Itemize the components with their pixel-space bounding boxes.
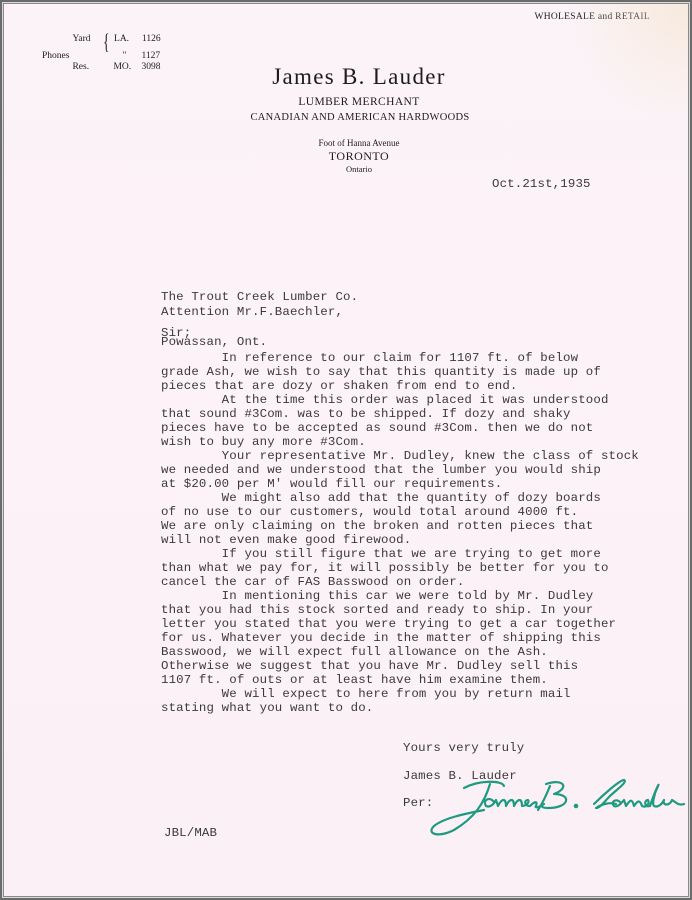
phone-type xyxy=(72,51,104,62)
company-title: LUMBER MERCHANT xyxy=(234,96,484,108)
phones-label: Phones xyxy=(42,51,69,62)
phone-number: 3098 xyxy=(141,62,169,73)
body-line: We will expect to here from you by retur… xyxy=(161,687,639,701)
phone-type: Yard xyxy=(72,34,104,51)
body-line: stating what you want to do. xyxy=(161,701,639,715)
body-line: we needed and we understood that the lum… xyxy=(161,463,639,477)
body-line: We might also add that the quantity of d… xyxy=(161,491,639,505)
letter-date: Oct.21st,1935 xyxy=(492,177,591,191)
phone-exchange: MO. xyxy=(113,62,141,73)
body-line: of no use to our customers, would total … xyxy=(161,505,639,519)
body-line: Basswood, we will expect full allowance … xyxy=(161,645,639,659)
body-line: Your representative Mr. Dudley, knew the… xyxy=(161,449,639,463)
letter-body: In reference to our claim for 1107 ft. o… xyxy=(161,351,639,715)
body-line: 1107 ft. of outs or at least have him ex… xyxy=(161,673,639,687)
phone-number: 1127 xyxy=(141,51,169,62)
city: TORONTO xyxy=(234,149,484,164)
phone-type: Res. xyxy=(72,62,104,73)
letter-page: Phones Yard { LA. 1126 " 1127 Res. MO. 3… xyxy=(3,3,689,897)
phone-row: " 1127 xyxy=(72,51,170,62)
recipient-line: The Trout Creek Lumber Co. xyxy=(161,290,358,305)
body-line: wish to buy any more #3Com. xyxy=(161,435,639,449)
street-address: Foot of Hanna Avenue xyxy=(234,138,484,148)
body-line: If you still figure that we are trying t… xyxy=(161,547,639,561)
body-line: In reference to our claim for 1107 ft. o… xyxy=(161,351,639,365)
phones-block: Phones Yard { LA. 1126 " 1127 Res. MO. 3… xyxy=(42,34,170,73)
body-line: Otherwise we suggest that you have Mr. D… xyxy=(161,659,639,673)
body-line: letter you stated that you were trying t… xyxy=(161,617,639,631)
phone-exchange: LA. xyxy=(114,34,142,51)
brace-icon: { xyxy=(104,33,110,51)
body-line: that sound #3Com. was to be shipped. If … xyxy=(161,407,639,421)
attention-line: Attention Mr.F.Baechler, xyxy=(161,305,343,319)
body-line: We are only claiming on the broken and r… xyxy=(161,519,639,533)
handwritten-signature xyxy=(424,774,692,844)
phone-exchange: " xyxy=(113,51,135,62)
phones-list: Yard { LA. 1126 " 1127 Res. MO. 3098 xyxy=(72,34,170,73)
tagline: WHOLESALE and RETAIL xyxy=(534,12,650,22)
closing: Yours very truly xyxy=(403,741,524,755)
phone-row: Res. MO. 3098 xyxy=(72,62,170,73)
body-line: In mentioning this car we were told by M… xyxy=(161,589,639,603)
typist-initials: JBL/MAB xyxy=(164,826,217,840)
body-line: at $20.00 per M' would fill our requirem… xyxy=(161,477,639,491)
body-line: for us. Whatever you decide in the matte… xyxy=(161,631,639,645)
province: Ontario xyxy=(234,164,484,174)
body-line: At the time this order was placed it was… xyxy=(161,393,639,407)
salutation: Sir; xyxy=(161,326,191,340)
body-line: than what we pay for, it will possibly b… xyxy=(161,561,639,575)
company-specialty: CANADIAN AND AMERICAN HARDWOODS xyxy=(230,112,490,123)
phone-number: 1126 xyxy=(142,34,170,51)
body-line: cancel the car of FAS Basswood on order. xyxy=(161,575,639,589)
body-line: pieces that are dozy or shaken from end … xyxy=(161,379,639,393)
phone-row: Yard { LA. 1126 xyxy=(72,34,170,51)
company-name: James B. Lauder xyxy=(234,64,484,90)
body-line: pieces have to be accepted as sound #3Co… xyxy=(161,421,639,435)
body-line: that you had this stock sorted and ready… xyxy=(161,603,639,617)
body-line: grade Ash, we wish to say that this quan… xyxy=(161,365,639,379)
body-line: will not even make good firewood. xyxy=(161,533,639,547)
